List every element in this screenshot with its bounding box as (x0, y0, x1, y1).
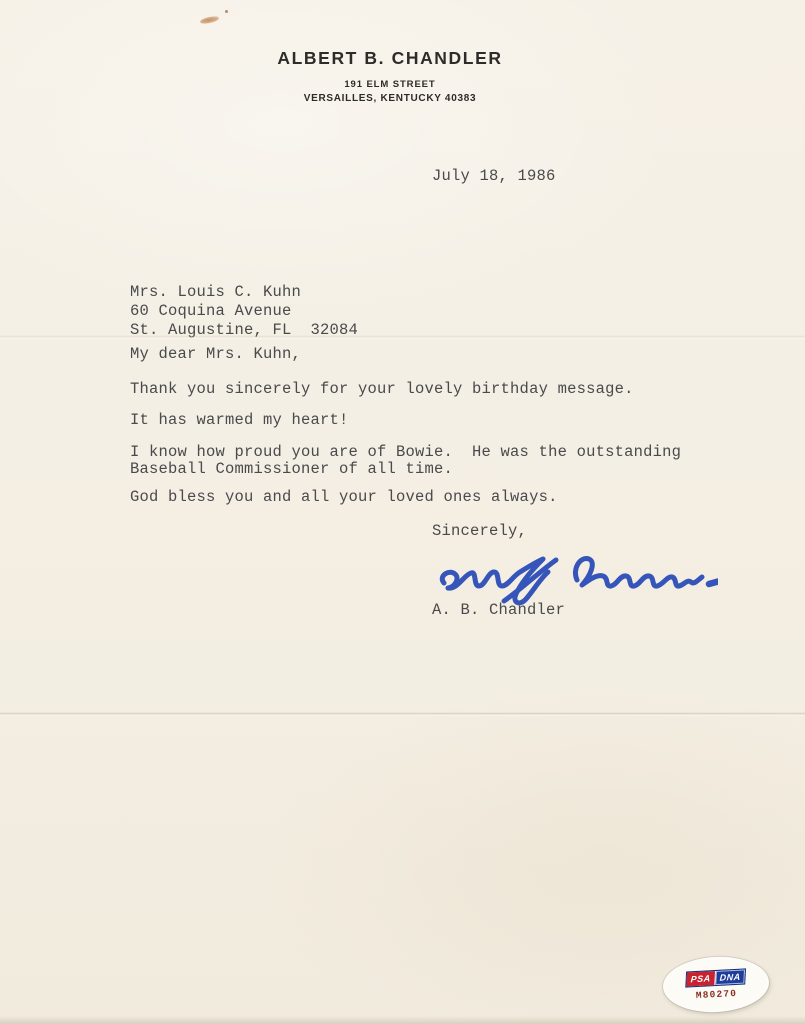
letterhead: ALBERT B. CHANDLER 191 ELM STREET VERSAI… (0, 48, 780, 104)
body-line: It has warmed my heart! (130, 411, 349, 429)
salutation: My dear Mrs. Kuhn, (130, 345, 301, 363)
ink-smudge (200, 15, 220, 24)
date-line: July 18, 1986 (432, 167, 556, 185)
closing: Sincerely, (432, 522, 527, 540)
bottom-edge-shadow (0, 1016, 805, 1024)
body-line: Thank you sincerely for your lovely birt… (130, 380, 634, 398)
body-line: Baseball Commissioner of all time. (130, 460, 453, 478)
psa-dna-logo-icon: PSA DNA (685, 968, 746, 987)
body-line: I know how proud you are of Bowie. He wa… (130, 443, 681, 461)
psa-label: PSA (686, 970, 716, 986)
recipient-address-line: 60 Coquina Avenue (130, 302, 292, 320)
fold-line-upper (0, 335, 805, 339)
ink-smudge-dot (225, 10, 228, 13)
letterhead-city: VERSAILLES, KENTUCKY 40383 (0, 93, 780, 104)
psa-dna-sticker: PSA DNA M80270 (662, 954, 771, 1014)
recipient-address-line: Mrs. Louis C. Kuhn (130, 283, 301, 301)
letterhead-name: ALBERT B. CHANDLER (0, 48, 780, 69)
body-line: God bless you and all your loved ones al… (130, 488, 558, 506)
typed-name: A. B. Chandler (432, 601, 565, 619)
letterhead-street: 191 ELM STREET (0, 79, 780, 90)
scanned-letter: ALBERT B. CHANDLER 191 ELM STREET VERSAI… (0, 0, 805, 1024)
fold-line-lower (0, 712, 805, 716)
dna-label: DNA (715, 969, 745, 985)
cert-number: M80270 (696, 987, 738, 1000)
